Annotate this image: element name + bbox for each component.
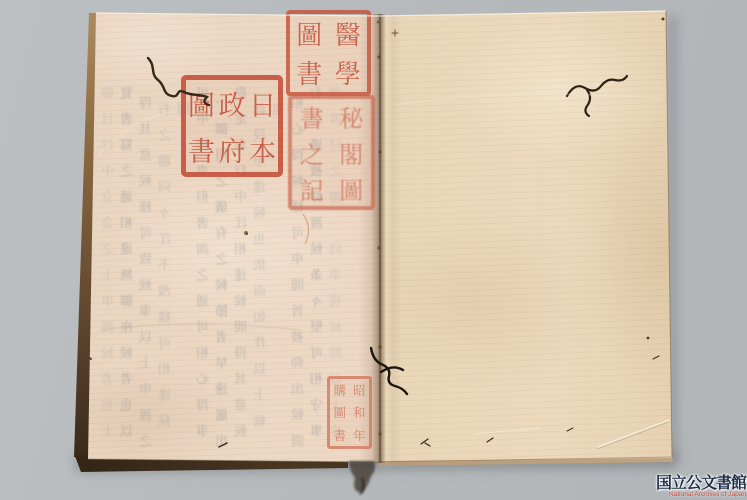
seal-character: 和 xyxy=(353,403,366,421)
seal-character: 書 xyxy=(300,99,324,134)
seal-character: 圖 xyxy=(296,15,322,52)
seal-character: 府 xyxy=(218,130,245,169)
accession-seal-bottom: 昭 和 年 購 圖 書 xyxy=(327,376,372,449)
seal-character: 記 xyxy=(300,171,324,206)
watermark: 国立公文書館 National Archives of Japan xyxy=(656,475,746,499)
seal-character: 圖 xyxy=(333,403,346,421)
seal-character: 昭 xyxy=(353,381,366,399)
watermark-title: 国立公文書館 xyxy=(656,475,746,491)
seal-character: 書 xyxy=(188,130,215,169)
bleedthrough-column: 得其意候様可致候事以上申渡之 xyxy=(138,86,157,460)
watermark-subtitle: National Archives of Japan xyxy=(656,492,746,499)
seal-character: 圖 xyxy=(188,84,215,123)
seal-character: 醫 xyxy=(335,15,361,52)
seal-character: 購 xyxy=(333,381,346,399)
library-seal-middle: 秘 閣 圖 書 之 記 xyxy=(288,95,375,210)
seal-character: 學 xyxy=(335,54,361,91)
seal-character: 之 xyxy=(300,135,324,170)
seal-character: 年 xyxy=(353,426,366,444)
seal-character: 書 xyxy=(333,426,346,444)
seal-character: 本 xyxy=(249,130,276,169)
seal-character: 書 xyxy=(296,54,322,91)
archive-photo: 御書付之趣一同奉畏候間以上也 右之通被仰渡候条々堅可相守事 相心得候様可申聞旨被… xyxy=(0,0,747,500)
seal-character: 日 xyxy=(249,84,276,123)
seal-character: 秘 xyxy=(339,99,363,134)
bleedthrough-column: 御目付中立会之上申渡候者也上 xyxy=(101,86,119,460)
library-seal-top: 醫 學 圖 書 xyxy=(286,10,371,96)
bleedthrough-column: 覚書寫之通相違無御座候者也以 xyxy=(119,86,138,460)
japan-government-library-seal: 日 本 政 府 圖 書 xyxy=(181,75,283,177)
seal-character: 政 xyxy=(218,84,245,123)
seal-character: 圖 xyxy=(339,171,363,206)
seal-character: 閣 xyxy=(339,135,363,170)
